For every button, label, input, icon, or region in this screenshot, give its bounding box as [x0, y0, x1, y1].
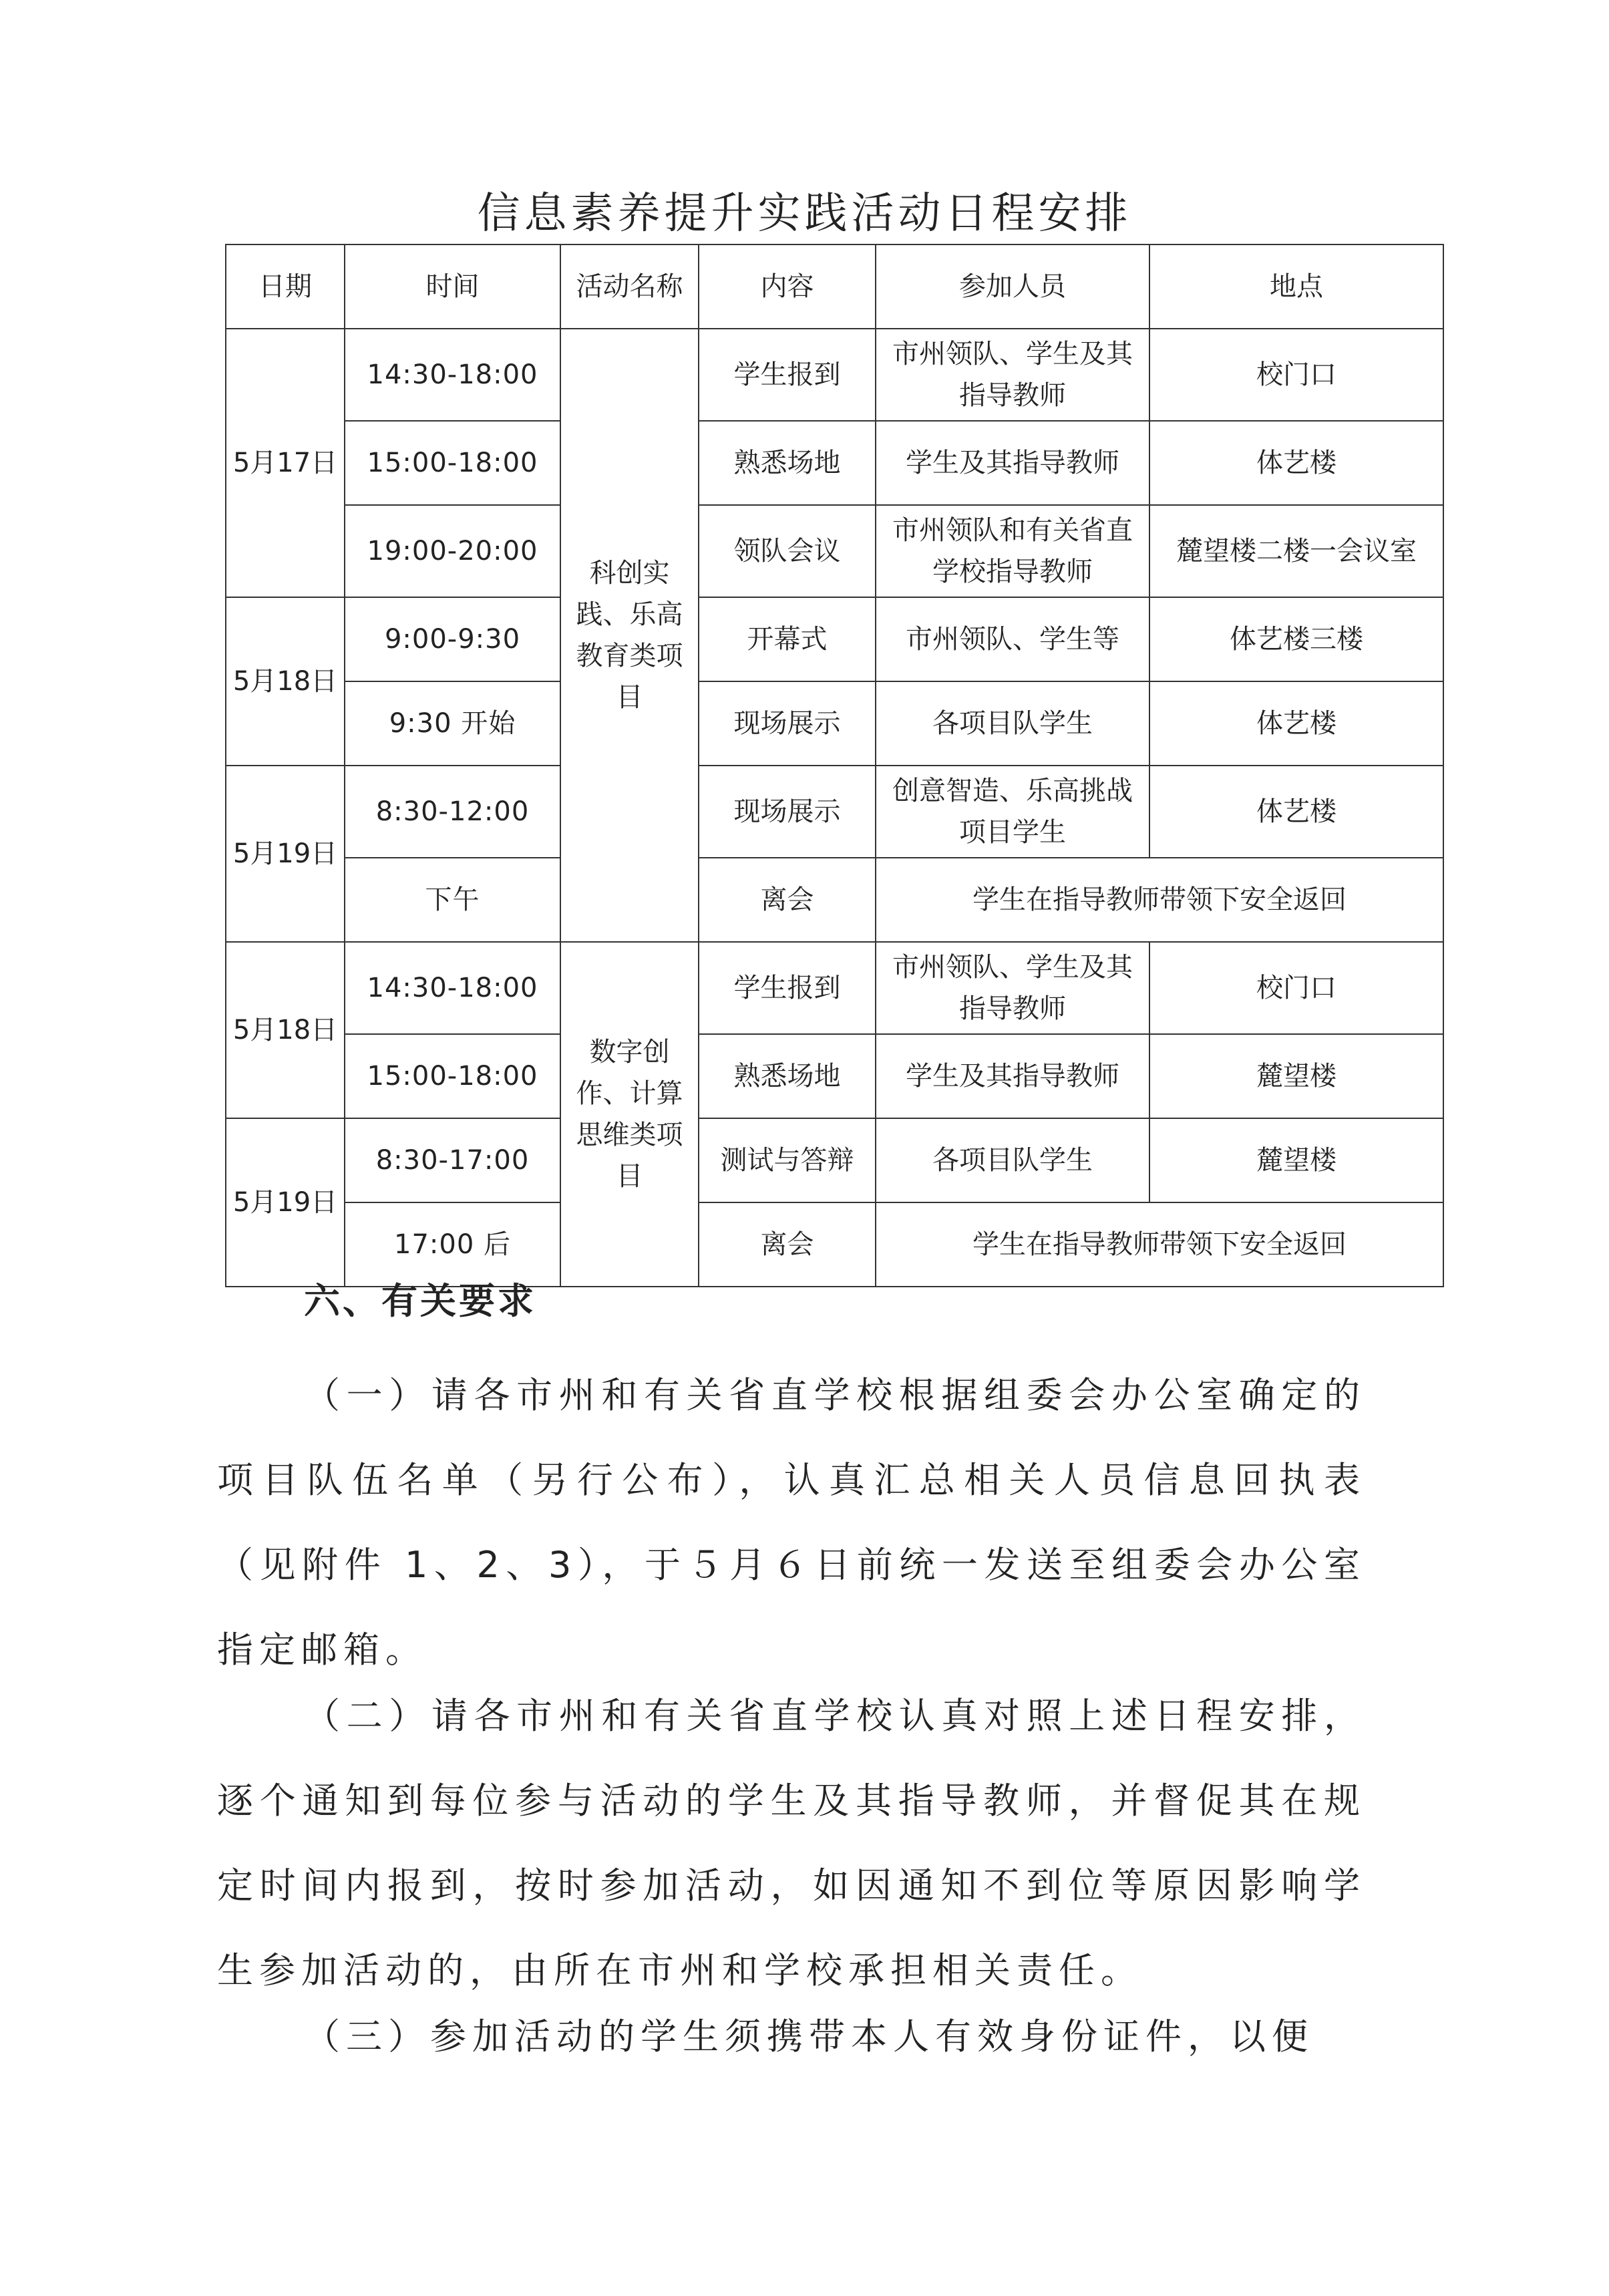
- content-cell: 学生报到: [699, 942, 876, 1034]
- section-heading: 六、有关要求: [304, 1273, 536, 1324]
- people-cell: 学生及其指导教师: [876, 421, 1149, 505]
- table-row: 5月19日 8:30-17:00 测试与答辩 各项目队学生 麓望楼: [226, 1118, 1443, 1202]
- content-cell: 现场展示: [699, 766, 876, 858]
- content-cell: 测试与答辩: [699, 1118, 876, 1202]
- location-cell: 体艺楼三楼: [1149, 597, 1443, 681]
- time-cell: 15:00-18:00: [345, 421, 560, 505]
- location-cell: 体艺楼: [1149, 421, 1443, 505]
- date-cell: 5月18日: [226, 597, 345, 766]
- time-cell: 19:00-20:00: [345, 505, 560, 597]
- table-row: 19:00-20:00 领队会议 市州领队和有关省直学校指导教师 麓望楼二楼一会…: [226, 505, 1443, 597]
- location-cell: 麓望楼: [1149, 1118, 1443, 1202]
- location-cell: 麓望楼: [1149, 1034, 1443, 1118]
- location-cell: 校门口: [1149, 942, 1443, 1034]
- content-cell: 离会: [699, 858, 876, 942]
- time-cell: 14:30-18:00: [345, 942, 560, 1034]
- date-cell: 5月18日: [226, 942, 345, 1118]
- time-cell: 下午: [345, 858, 560, 942]
- location-cell: 校门口: [1149, 329, 1443, 421]
- time-cell: 8:30-17:00: [345, 1118, 560, 1202]
- date-cell: 5月19日: [226, 1118, 345, 1287]
- table-row: 5月19日 8:30-12:00 现场展示 创意智造、乐高挑战项目学生 体艺楼: [226, 766, 1443, 858]
- merged-note-cell: 学生在指导教师带领下安全返回: [876, 858, 1443, 942]
- people-cell: 市州领队、学生及其指导教师: [876, 942, 1149, 1034]
- people-cell: 市州领队、学生等: [876, 597, 1149, 681]
- content-cell: 熟悉场地: [699, 421, 876, 505]
- table-row: 15:00-18:00 熟悉场地 学生及其指导教师 体艺楼: [226, 421, 1443, 505]
- header-location: 地点: [1149, 244, 1443, 329]
- people-cell: 学生及其指导教师: [876, 1034, 1149, 1118]
- schedule-table: 日期 时间 活动名称 内容 参加人员 地点 5月17日 14:30-18:00 …: [225, 244, 1444, 1287]
- table-row: 5月17日 14:30-18:00 科创实践、乐高教育类项目 学生报到 市州领队…: [226, 329, 1443, 421]
- people-cell: 市州领队和有关省直学校指导教师: [876, 505, 1149, 597]
- header-content: 内容: [699, 244, 876, 329]
- merged-note-cell: 学生在指导教师带领下安全返回: [876, 1202, 1443, 1287]
- header-people: 参加人员: [876, 244, 1149, 329]
- content-cell: 开幕式: [699, 597, 876, 681]
- location-cell: 体艺楼: [1149, 681, 1443, 766]
- header-time: 时间: [345, 244, 560, 329]
- content-cell: 离会: [699, 1202, 876, 1287]
- people-cell: 创意智造、乐高挑战项目学生: [876, 766, 1149, 858]
- paragraph-1: （一）请各市州和有关省直学校根据组委会办公室确定的项目队伍名单（另行公布），认真…: [217, 1353, 1366, 1692]
- header-date: 日期: [226, 244, 345, 329]
- activity-cell: 数字创作、计算思维类项目: [560, 942, 699, 1287]
- people-cell: 市州领队、学生及其指导教师: [876, 329, 1149, 421]
- time-cell: 14:30-18:00: [345, 329, 560, 421]
- content-cell: 学生报到: [699, 329, 876, 421]
- paragraph-2: （二）请各市州和有关省直学校认真对照上述日程安排，逐个通知到每位参与活动的学生及…: [217, 1673, 1366, 2013]
- content-cell: 领队会议: [699, 505, 876, 597]
- activity-cell: 科创实践、乐高教育类项目: [560, 329, 699, 942]
- time-cell: 8:30-12:00: [345, 766, 560, 858]
- location-cell: 体艺楼: [1149, 766, 1443, 858]
- paragraph-3: （三）参加活动的学生须携带本人有效身份证件，以便: [217, 1994, 1366, 2079]
- table-row: 9:30 开始 现场展示 各项目队学生 体艺楼: [226, 681, 1443, 766]
- time-cell: 9:00-9:30: [345, 597, 560, 681]
- page-title: 信息素养提升实践活动日程安排: [0, 179, 1609, 240]
- date-cell: 5月17日: [226, 329, 345, 597]
- table-row: 5月18日 9:00-9:30 开幕式 市州领队、学生等 体艺楼三楼: [226, 597, 1443, 681]
- content-cell: 熟悉场地: [699, 1034, 876, 1118]
- table-row: 下午 离会 学生在指导教师带领下安全返回: [226, 858, 1443, 942]
- people-cell: 各项目队学生: [876, 681, 1149, 766]
- time-cell: 15:00-18:00: [345, 1034, 560, 1118]
- location-cell: 麓望楼二楼一会议室: [1149, 505, 1443, 597]
- date-cell: 5月19日: [226, 766, 345, 942]
- time-cell: 9:30 开始: [345, 681, 560, 766]
- table-header-row: 日期 时间 活动名称 内容 参加人员 地点: [226, 244, 1443, 329]
- table-row: 15:00-18:00 熟悉场地 学生及其指导教师 麓望楼: [226, 1034, 1443, 1118]
- people-cell: 各项目队学生: [876, 1118, 1149, 1202]
- header-activity: 活动名称: [560, 244, 699, 329]
- table-row: 5月18日 14:30-18:00 数字创作、计算思维类项目 学生报到 市州领队…: [226, 942, 1443, 1034]
- content-cell: 现场展示: [699, 681, 876, 766]
